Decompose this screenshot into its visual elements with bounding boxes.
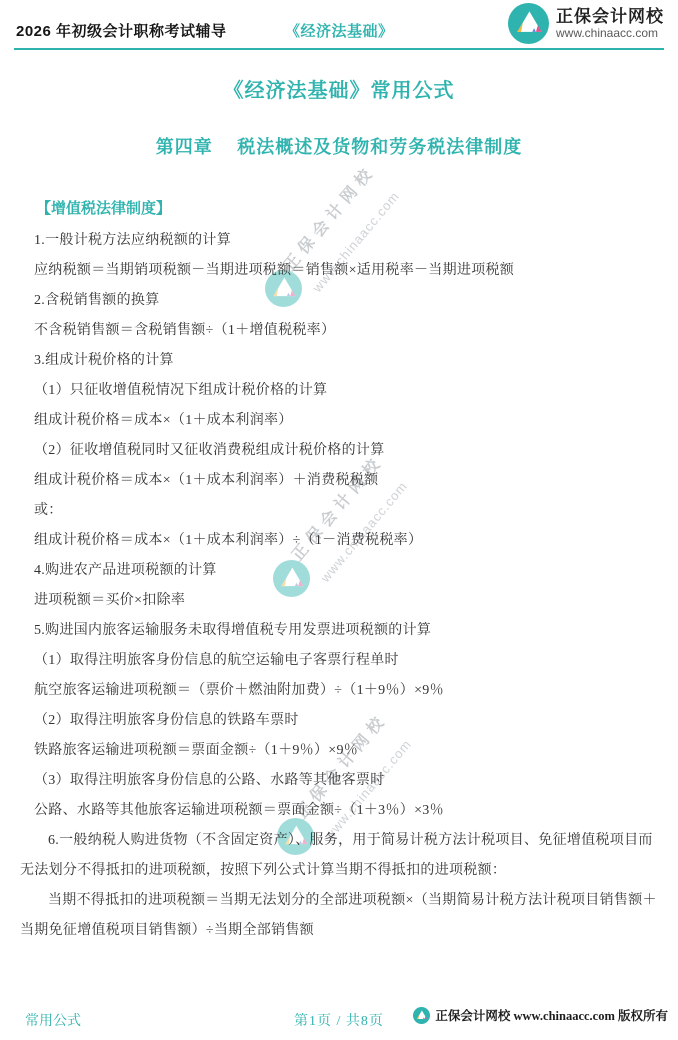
body-paragraph: （1）只征收增值税情况下组成计税价格的计算 — [20, 376, 664, 406]
section-heading: 【增值税法律制度】 — [36, 197, 171, 218]
body-paragraph: 组成计税价格＝成本×（1＋成本利润率）＋消费税税额 — [20, 466, 664, 496]
brand-logo-group: 正保会计网校 www.chinaacc.com — [508, 3, 664, 44]
subject-name: 《经济法基础》 — [285, 20, 394, 41]
body-paragraph: 公路、水路等其他旅客运输进项税额＝票面金额÷（1＋3％）×3％ — [20, 796, 664, 826]
chinaacc-logo-icon — [508, 3, 549, 44]
body-paragraph: 2.含税销售额的换算 — [20, 286, 664, 316]
body-paragraph: 不含税销售额＝含税销售额÷（1＋增值税税率） — [20, 316, 664, 346]
brand-text: 正保会计网校 www.chinaacc.com — [556, 7, 664, 40]
body-paragraph: 应纳税额＝当期销项税额－当期进项税额＝销售额×适用税率－当期进项税额 — [20, 256, 664, 286]
footer-copyright-text: 正保会计网校 www.chinaacc.com 版权所有 — [435, 1006, 668, 1024]
body-paragraph: 当期不得抵扣的进项税额＝当期无法划分的全部进项税额×（当期简易计税方法计税项目销… — [20, 886, 664, 946]
chapter-title: 第四章 税法概述及货物和劳务税法律制度 — [0, 133, 678, 159]
body-paragraph: 4.购进农产品进项税额的计算 — [20, 556, 664, 586]
exam-course-title: 2026 年初级会计职称考试辅导 — [16, 20, 227, 41]
body-paragraph: 进项税额＝买价×扣除率 — [20, 586, 664, 616]
body-paragraph: 组成计税价格＝成本×（1＋成本利润率）÷（1－消费税税率） — [20, 526, 664, 556]
brand-name: 正保会计网校 — [556, 7, 664, 26]
body-paragraph: 航空旅客运输进项税额＝（票价＋燃油附加费）÷（1＋9％）×9％ — [20, 676, 664, 706]
brand-url: www.chinaacc.com — [556, 26, 664, 40]
body-paragraph: （1）取得注明旅客身份信息的航空运输电子客票行程单时 — [20, 646, 664, 676]
body-paragraph: 1.一般计税方法应纳税额的计算 — [20, 226, 664, 256]
page-header: 2026 年初级会计职称考试辅导 《经济法基础》 正保会计网校 www.chin… — [14, 0, 664, 50]
body-paragraph: 3.组成计税价格的计算 — [20, 346, 664, 376]
body-paragraph: （2）取得注明旅客身份信息的铁路车票时 — [20, 706, 664, 736]
chinaacc-logo-icon — [413, 1007, 430, 1024]
document-page: 2026 年初级会计职称考试辅导 《经济法基础》 正保会计网校 www.chin… — [0, 0, 678, 1040]
body-paragraph: （2）征收增值税同时又征收消费税组成计税价格的计算 — [20, 436, 664, 466]
body-paragraph: 或： — [20, 496, 664, 526]
document-title: 《经济法基础》常用公式 — [0, 74, 678, 103]
formula-list: 1.一般计税方法应纳税额的计算应纳税额＝当期销项税额－当期进项税额＝销售额×适用… — [20, 226, 664, 946]
body-paragraph: 铁路旅客运输进项税额＝票面金额÷（1＋9％）×9％ — [20, 736, 664, 766]
body-paragraph: 6.一般纳税人购进货物（不含固定资产）、服务，用于简易计税方法计税项目、免征增值… — [20, 826, 664, 886]
body-paragraph: 组成计税价格＝成本×（1＋成本利润率） — [20, 406, 664, 436]
body-paragraph: 5.购进国内旅客运输服务未取得增值税专用发票进项税额的计算 — [20, 616, 664, 646]
body-paragraph: （3）取得注明旅客身份信息的公路、水路等其他客票时 — [20, 766, 664, 796]
footer-copyright-group: 正保会计网校 www.chinaacc.com 版权所有 — [413, 1006, 668, 1024]
